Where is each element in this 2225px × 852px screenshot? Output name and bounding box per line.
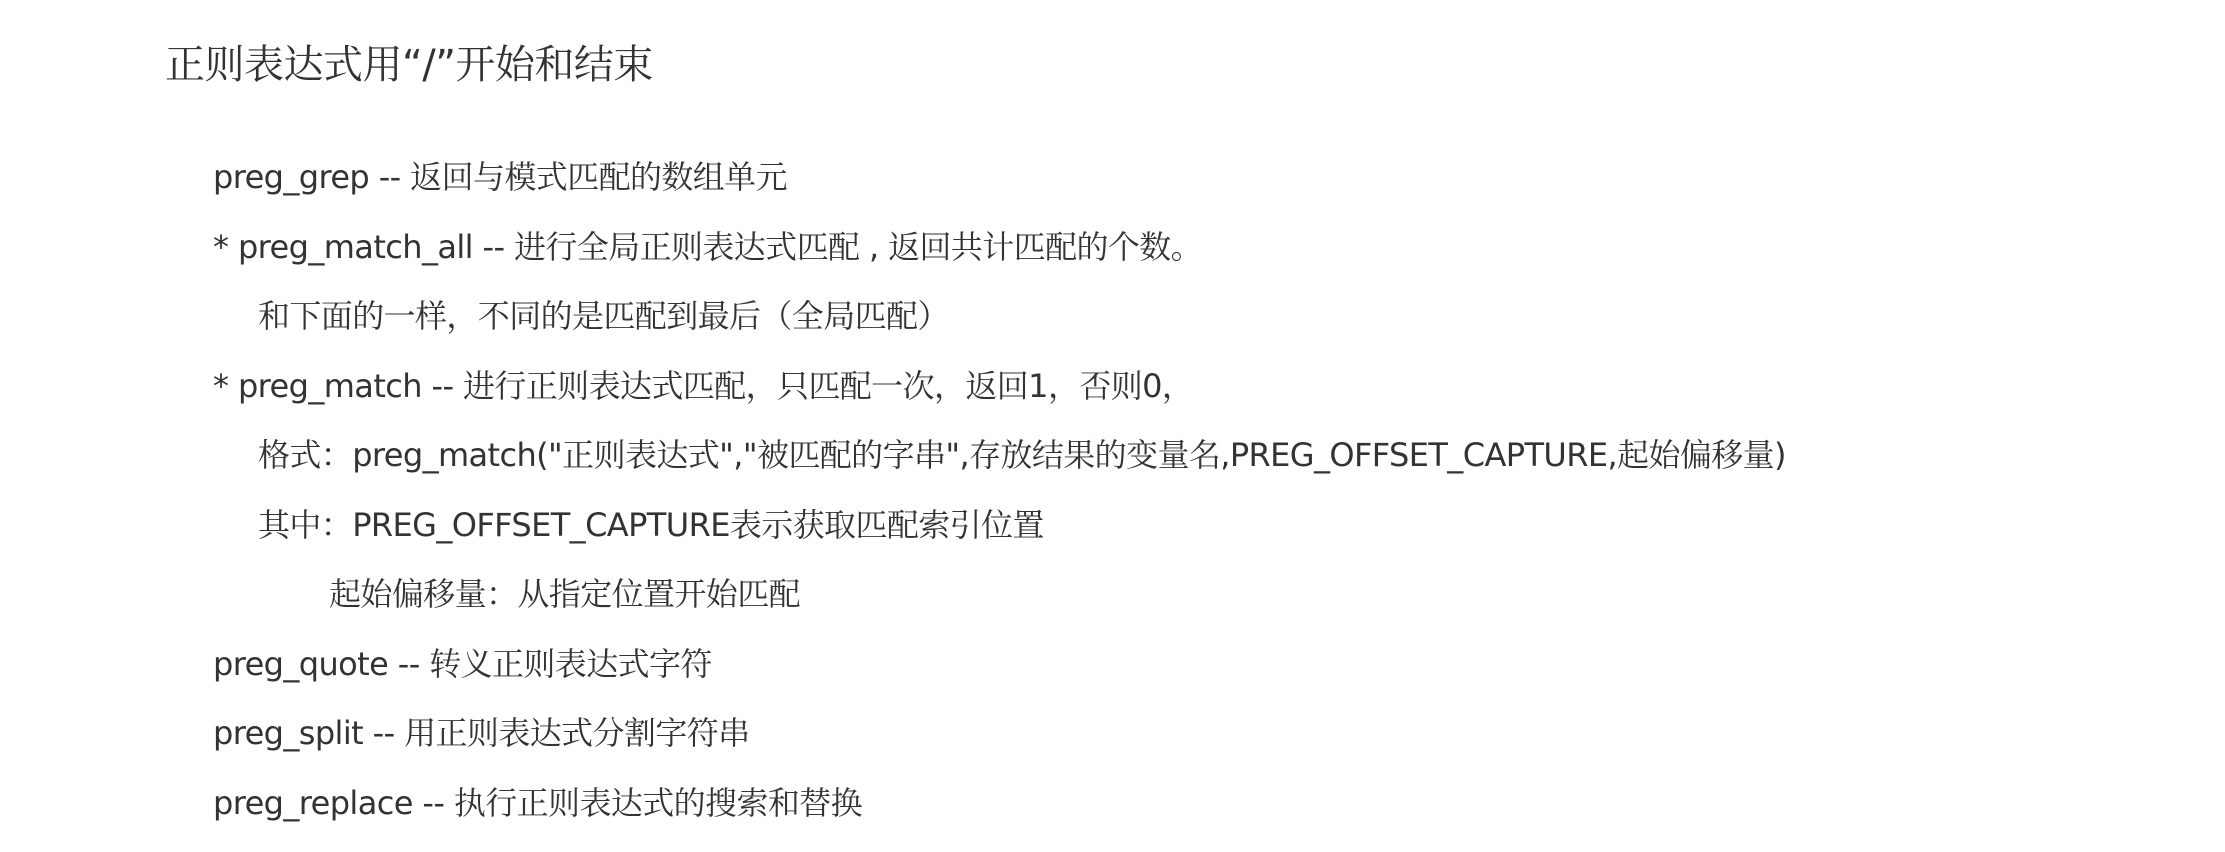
line-offset-note: 起始偏移量：从指定位置开始匹配 (329, 571, 800, 617)
line-preg-replace: preg_replace -- 执行正则表达式的搜索和替换 (213, 780, 862, 826)
line-preg-grep: preg_grep -- 返回与模式匹配的数组单元 (213, 154, 787, 200)
line-preg-match-format: 格式：preg_match("正则表达式","被匹配的字串",存放结果的变量名,… (258, 432, 1786, 478)
line-preg-offset-capture-note: 其中：PREG_OFFSET_CAPTURE表示获取匹配索引位置 (258, 502, 1044, 548)
line-preg-match-all-note: 和下面的一样，不同的是匹配到最后（全局匹配） (258, 293, 949, 339)
line-preg-quote: preg_quote -- 转义正则表达式字符 (213, 641, 712, 687)
line-preg-match-all: * preg_match_all -- 进行全局正则表达式匹配 , 返回共计匹配… (213, 224, 1202, 270)
document-title: 正则表达式用“/”开始和结束 (165, 38, 653, 92)
line-preg-split: preg_split -- 用正则表达式分割字符串 (213, 710, 750, 756)
line-preg-match: * preg_match -- 进行正则表达式匹配，只匹配一次，返回1，否则0， (213, 363, 1193, 409)
document-body: 正则表达式用“/”开始和结束 preg_grep -- 返回与模式匹配的数组单元… (0, 0, 2225, 852)
